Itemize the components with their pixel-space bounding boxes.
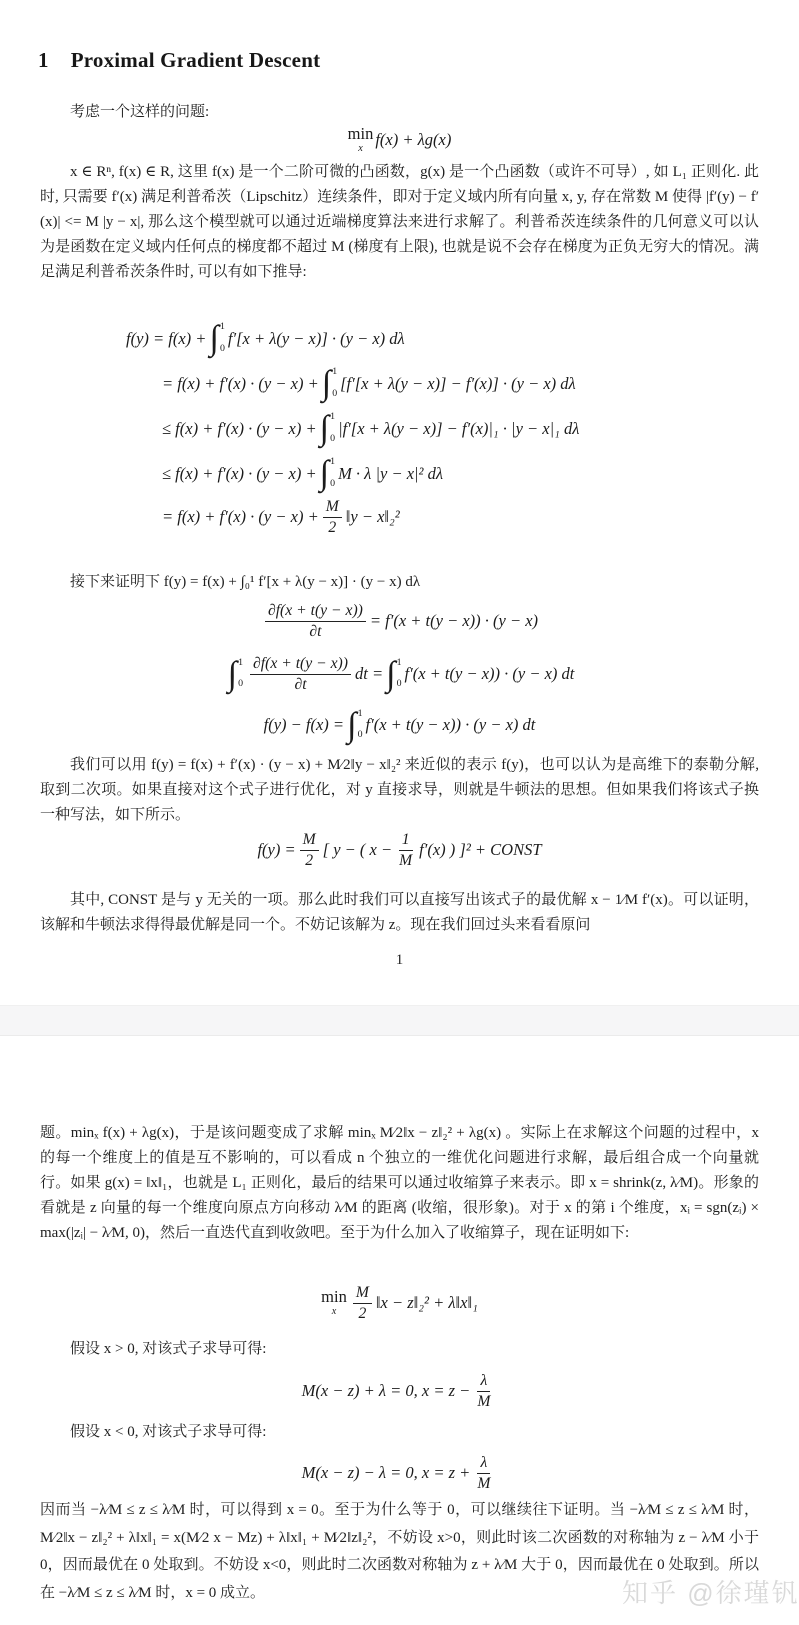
fraction-denominator: 2 bbox=[325, 518, 339, 536]
math-text: f(x) + λg(x) bbox=[375, 130, 451, 150]
fraction: M2 bbox=[323, 498, 342, 535]
equation-partial-derivative: ∂f(x + t(y − x))∂t = f′(x + t(y − x)) · … bbox=[0, 596, 799, 646]
paragraph-taylor-approx: 我们可以用 f(y) = f(x) + f′(x) · (y − x) + M⁄… bbox=[40, 753, 759, 828]
section-title: Proximal Gradient Descent bbox=[71, 48, 321, 73]
integral-glyph: ∫ bbox=[322, 366, 332, 401]
paragraph-assume-positive: 假设 x > 0, 对该式子求导可得: bbox=[40, 1337, 759, 1362]
section-number: 1 bbox=[38, 48, 49, 73]
integral-lower: 0 bbox=[358, 730, 363, 740]
integral-upper: 1 bbox=[238, 658, 243, 668]
equation-min-shrink: minx M2 ‖x − z‖₂² + λ‖x‖₁ bbox=[0, 1279, 799, 1327]
integral-bounds: 10 bbox=[331, 366, 337, 401]
integral-upper: 1 bbox=[397, 658, 402, 668]
math-text: M(x − z) − λ = 0, x = z + bbox=[302, 1463, 471, 1483]
page-gap-divider bbox=[0, 1005, 799, 1036]
integral-lower: 0 bbox=[330, 434, 335, 444]
fraction-numerator: λ bbox=[477, 1372, 490, 1391]
integral: ∫10 bbox=[228, 657, 243, 692]
fraction-numerator: M bbox=[323, 498, 342, 517]
math-text: f′(x + t(y − x)) · (y − x) dt bbox=[405, 664, 575, 684]
fraction-denominator: ∂t bbox=[291, 675, 309, 693]
integral-bounds: 10 bbox=[329, 411, 335, 446]
equation-line-2: = f(x) + f′(x) · (y − x) + ∫10 [f′[x + λ… bbox=[126, 361, 579, 406]
equation-objective: minx f(x) + λg(x) bbox=[0, 118, 799, 162]
document-screenshot: { "doc": { "section": { "number": "1", "… bbox=[0, 0, 799, 1625]
fraction-numerator: 1 bbox=[399, 831, 413, 850]
integral: ∫10 bbox=[209, 321, 224, 356]
fraction-numerator: ∂f(x + t(y − x)) bbox=[250, 655, 351, 674]
paragraph-assume-negative: 假设 x < 0, 对该式子求导可得: bbox=[40, 1420, 759, 1445]
section-heading: 1 Proximal Gradient Descent bbox=[38, 48, 320, 73]
integral-bounds: 10 bbox=[219, 321, 225, 356]
integral-lower: 0 bbox=[330, 479, 335, 489]
integral: ∫10 bbox=[320, 456, 335, 491]
math-text: ‖y − x‖₂² bbox=[346, 507, 400, 527]
operator-subscript: x bbox=[358, 144, 363, 154]
fraction: M2 bbox=[300, 831, 319, 868]
integral-lower: 0 bbox=[397, 679, 402, 689]
fraction-denominator: M bbox=[474, 1392, 493, 1410]
math-text: f′(x) ) ]² + CONST bbox=[419, 840, 541, 860]
integral: ∫10 bbox=[320, 411, 335, 446]
math-text: ≤ f(x) + f′(x) · (y − x) + bbox=[162, 419, 317, 439]
equation-negative-case: M(x − z) − λ = 0, x = z + λM bbox=[0, 1449, 799, 1497]
fraction: 1M bbox=[396, 831, 415, 868]
operator-subscript: x bbox=[332, 1307, 337, 1317]
equation-line-1: f(y) = f(x) + ∫10 f′[x + λ(y − x)] · (y … bbox=[126, 316, 579, 361]
min-operator: minx bbox=[321, 1289, 347, 1318]
integral-lower: 0 bbox=[332, 389, 337, 399]
integral-upper: 1 bbox=[220, 322, 225, 332]
equation-positive-case: M(x − z) + λ = 0, x = z − λM bbox=[0, 1367, 799, 1415]
math-text: ≤ f(x) + f′(x) · (y − x) + bbox=[162, 464, 317, 484]
math-text: = f(x) + f′(x) · (y − x) + bbox=[162, 374, 319, 394]
math-text: = f′(x + t(y − x)) · (y − x) bbox=[370, 611, 538, 631]
fraction: λM bbox=[474, 1372, 493, 1409]
fraction-numerator: M bbox=[353, 1284, 372, 1303]
fraction: ∂f(x + t(y − x))∂t bbox=[265, 602, 366, 639]
page-number: 1 bbox=[0, 952, 799, 969]
fraction-numerator: M bbox=[300, 831, 319, 850]
integral-glyph: ∫ bbox=[320, 456, 330, 491]
paragraph-shrink-operator: 题。minₓ f(x) + λg(x)，于是该问题变成了求解 minₓ M⁄2‖… bbox=[40, 1121, 759, 1246]
equation-difference: f(y) − f(x) = ∫10 f′(x + t(y − x)) · (y … bbox=[0, 700, 799, 750]
pdf-page-2: 题。minₓ f(x) + λg(x)，于是该问题变成了求解 minₓ M⁄2‖… bbox=[0, 1037, 799, 1625]
operator-name: min bbox=[348, 126, 374, 143]
fraction-denominator: M bbox=[396, 851, 415, 869]
operator-name: min bbox=[321, 1289, 347, 1306]
integral: ∫10 bbox=[347, 708, 362, 743]
min-operator: minx bbox=[348, 126, 374, 155]
integral-upper: 1 bbox=[330, 412, 335, 422]
integral-lower: 0 bbox=[238, 679, 243, 689]
math-text: f(y) − f(x) = bbox=[264, 715, 344, 735]
fraction-denominator: M bbox=[474, 1474, 493, 1492]
equation-const-form: f(y) = M2 [ y − ( x − 1M f′(x) ) ]² + CO… bbox=[0, 826, 799, 874]
fraction: M2 bbox=[353, 1284, 372, 1321]
integral-upper: 1 bbox=[358, 709, 363, 719]
equation-derivation-block: f(y) = f(x) + ∫10 f′[x + λ(y − x)] · (y … bbox=[126, 316, 579, 538]
fraction-numerator: λ bbox=[477, 1454, 490, 1473]
math-text: f′(x + t(y − x)) · (y − x) dt bbox=[366, 715, 536, 735]
equation-line-3: ≤ f(x) + f′(x) · (y − x) + ∫10 |f′[x + λ… bbox=[126, 406, 579, 451]
fraction-denominator: ∂t bbox=[306, 622, 324, 640]
math-text: [f′[x + λ(y − x)] − f′(x)] · (y − x) dλ bbox=[340, 374, 576, 394]
integral-glyph: ∫ bbox=[347, 708, 357, 743]
math-text: f(y) = bbox=[257, 840, 295, 860]
math-text: ‖x − z‖₂² + λ‖x‖₁ bbox=[376, 1293, 478, 1313]
integral-upper: 1 bbox=[330, 457, 335, 467]
watermark-zhihu: 知乎 @徐瑾钒 bbox=[622, 1573, 799, 1610]
math-text: dt = bbox=[355, 664, 383, 684]
math-text: [ y − ( x − bbox=[323, 840, 392, 860]
integral-upper: 1 bbox=[332, 367, 337, 377]
paragraph-proof-intro: 接下来证明下 f(y) = f(x) + ∫₀¹ f′[x + λ(y − x)… bbox=[40, 570, 759, 595]
integral-bounds: 10 bbox=[357, 708, 363, 743]
integral-bounds: 10 bbox=[329, 456, 335, 491]
equation-line-5: = f(x) + f′(x) · (y − x) + M2 ‖y − x‖₂² bbox=[126, 496, 579, 538]
math-text: |f′[x + λ(y − x)] − f′(x)|₁ · |y − x|₁ d… bbox=[338, 419, 579, 439]
paragraph-optimal-solution: 其中, CONST 是与 y 无关的一项。那么此时我们可以直接写出该式子的最优解… bbox=[40, 888, 759, 938]
math-text: M(x − z) + λ = 0, x = z − bbox=[302, 1381, 471, 1401]
fraction-numerator: ∂f(x + t(y − x)) bbox=[265, 602, 366, 621]
paragraph-lipschitz: x ∈ Rⁿ, f(x) ∈ R, 这里 f(x) 是一个二阶可微的凸函数，g(… bbox=[40, 160, 759, 285]
fraction: λM bbox=[474, 1454, 493, 1491]
integral: ∫10 bbox=[322, 366, 337, 401]
equation-line-4: ≤ f(x) + f′(x) · (y − x) + ∫10 M · λ |y … bbox=[126, 451, 579, 496]
integral-glyph: ∫ bbox=[386, 657, 396, 692]
math-text: f′[x + λ(y − x)] · (y − x) dλ bbox=[228, 329, 405, 349]
fraction-denominator: 2 bbox=[355, 1304, 369, 1322]
math-text: f(y) = f(x) + bbox=[126, 329, 206, 349]
fraction: ∂f(x + t(y − x))∂t bbox=[250, 655, 351, 692]
pdf-page-1: 1 Proximal Gradient Descent 考虑一个这样的问题: m… bbox=[0, 0, 799, 1005]
integral: ∫10 bbox=[386, 657, 401, 692]
math-text: = f(x) + f′(x) · (y − x) + bbox=[162, 507, 319, 527]
equation-integral-both-sides: ∫10 ∂f(x + t(y − x))∂t dt = ∫10 f′(x + t… bbox=[0, 648, 799, 700]
integral-glyph: ∫ bbox=[228, 657, 238, 692]
integral-bounds: 10 bbox=[237, 657, 243, 692]
integral-bounds: 10 bbox=[396, 657, 402, 692]
integral-glyph: ∫ bbox=[320, 411, 330, 446]
integral-glyph: ∫ bbox=[209, 321, 219, 356]
fraction-denominator: 2 bbox=[302, 851, 316, 869]
integral-lower: 0 bbox=[220, 344, 225, 354]
math-text: M · λ |y − x|² dλ bbox=[338, 464, 443, 484]
